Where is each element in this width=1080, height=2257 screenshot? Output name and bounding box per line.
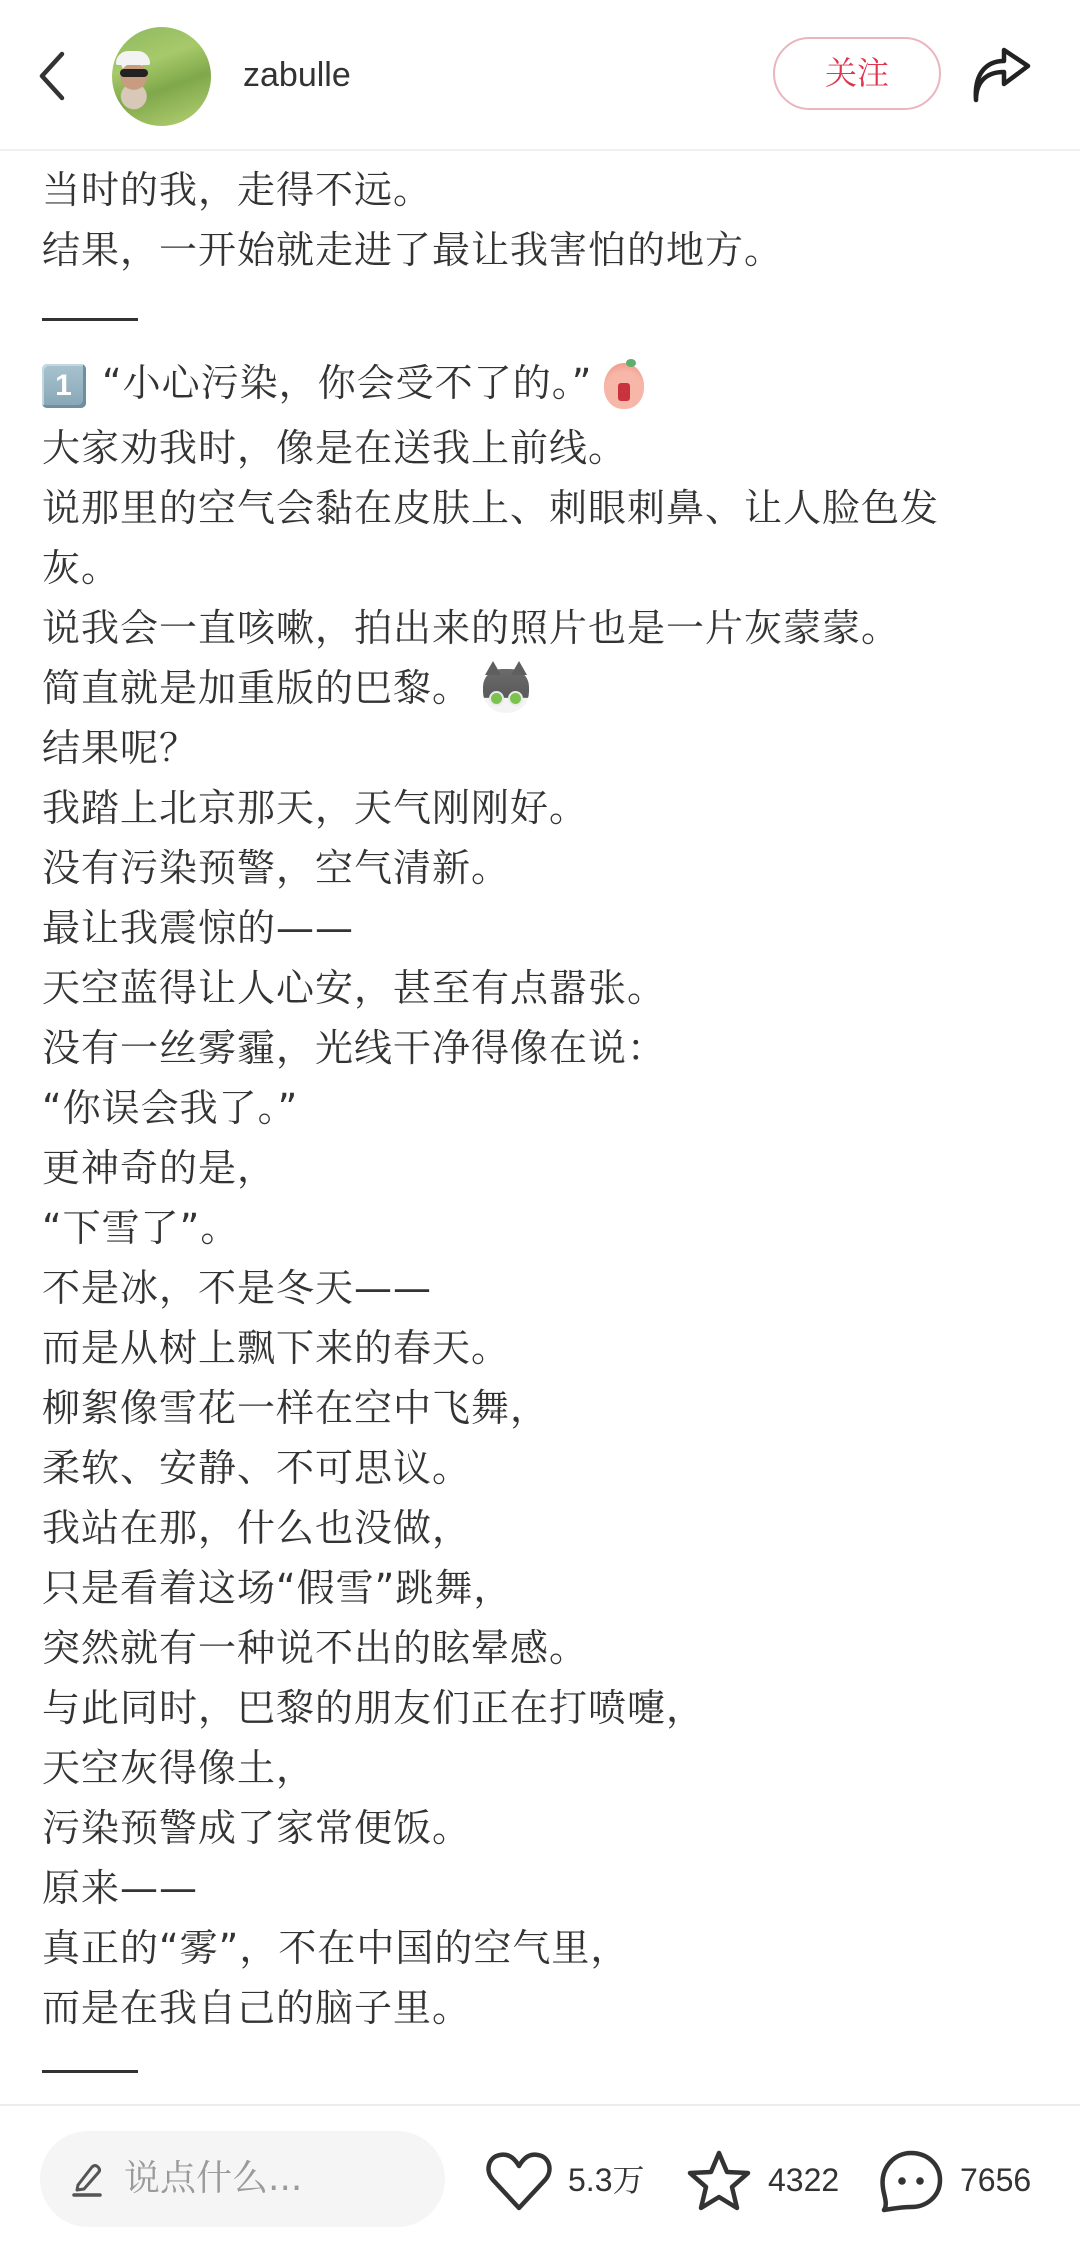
text-line: 柔软、安静、不可思议。 xyxy=(42,1440,471,1496)
comment-count: 7656 xyxy=(960,2156,1031,2204)
text-line: 没有一丝雾霾，光线干净得像在说： xyxy=(42,1020,666,1076)
text-line: 污染预警成了家常便饭。 xyxy=(42,1800,471,1856)
text-line: 原来—— xyxy=(42,1860,198,1916)
text-line: 突然就有一种说不出的眩晕感。 xyxy=(42,1620,588,1676)
text-line: 说我会一直咳嗽，拍出来的照片也是一片灰蒙蒙。 xyxy=(42,600,900,656)
screaming-peach-emoji xyxy=(604,363,644,409)
username[interactable]: zabulle xyxy=(243,50,351,100)
text-line: 与此同时，巴黎的朋友们正在打喷嚏， xyxy=(42,1680,705,1736)
text-line: 真正的“雾”，不在中国的空气里， xyxy=(42,1920,629,1976)
text-line: 大家劝我时，像是在送我上前线。 xyxy=(42,420,627,476)
text-line: 最让我震惊的—— xyxy=(42,900,354,956)
section-divider xyxy=(42,318,138,321)
text-line: 简直就是加重版的巴黎。 xyxy=(42,660,529,716)
heart-icon xyxy=(484,2148,554,2214)
top-nav-bar: zabulle 关注 xyxy=(0,0,1080,151)
text-line: 而是在我自己的脑子里。 xyxy=(42,1980,471,2036)
text-line: 不是冰，不是冬天—— xyxy=(42,1260,432,1316)
avatar-cap-detail xyxy=(116,51,150,65)
text-line: 结果，一开始就走进了最让我害怕的地方。 xyxy=(42,222,783,278)
text-line: 天空蓝得让人心安，甚至有点嚣张。 xyxy=(42,960,666,1016)
text-line: 结果呢？ xyxy=(42,720,198,776)
share-arrow-icon xyxy=(966,44,1036,110)
text-line: 当时的我，走得不远。 xyxy=(42,162,432,218)
like-count: 5.3万 xyxy=(568,2156,645,2204)
chat-bubble-icon xyxy=(876,2148,946,2214)
text-line: 说那里的空气会黏在皮肤上、刺眼刺鼻、让人脸色发 xyxy=(42,480,939,536)
text-line: 柳絮像雪花一样在空中飞舞， xyxy=(42,1380,549,1436)
comment-input[interactable]: 说点什么... xyxy=(40,2131,445,2227)
comment-placeholder: 说点什么... xyxy=(124,2153,302,2205)
keycap-one-emoji: 1 xyxy=(42,364,86,408)
star-icon xyxy=(684,2148,754,2214)
bottom-action-bar: 说点什么... 5.3万 4322 7656 xyxy=(0,2104,1080,2257)
avatar-sunglasses-detail xyxy=(120,69,148,77)
like-button[interactable]: 5.3万 xyxy=(484,2146,654,2216)
text-line: 只是看着这场“假雪”跳舞， xyxy=(42,1560,512,1616)
follow-button[interactable]: 关注 xyxy=(773,37,941,110)
text-line: 我站在那，什么也没做， xyxy=(42,1500,471,1556)
favorite-button[interactable]: 4322 xyxy=(684,2146,850,2216)
text-line: 更神奇的是， xyxy=(42,1140,276,1196)
section-title: 1“小心污染，你会受不了的。” xyxy=(42,355,644,411)
text-line: “下雪了”。 xyxy=(42,1200,239,1256)
favorite-count: 4322 xyxy=(768,2156,839,2204)
share-button[interactable] xyxy=(966,44,1036,110)
avatar[interactable] xyxy=(112,27,211,126)
text-line: “你误会我了。” xyxy=(42,1080,298,1136)
text-line: 灰。 xyxy=(42,540,120,596)
text-line: 而是从树上飘下来的春天。 xyxy=(42,1320,510,1376)
back-button[interactable] xyxy=(34,46,74,106)
text-line: 天空灰得像土， xyxy=(42,1740,315,1796)
post-content: 当时的我，走得不远。 结果，一开始就走进了最让我害怕的地方。 1“小心污染，你会… xyxy=(0,150,1080,2103)
chevron-left-icon xyxy=(34,46,74,106)
pencil-icon xyxy=(70,2161,106,2197)
comment-button[interactable]: 7656 xyxy=(876,2146,1046,2216)
section-divider xyxy=(42,2070,138,2073)
text-line: 没有污染预警，空气清新。 xyxy=(42,840,510,896)
gray-cat-emoji xyxy=(483,669,529,713)
section-title-text: “小心污染，你会受不了的。” xyxy=(102,361,592,405)
text-line: 我踏上北京那天，天气刚刚好。 xyxy=(42,780,588,836)
text-line-content: 简直就是加重版的巴黎。 xyxy=(42,666,471,710)
